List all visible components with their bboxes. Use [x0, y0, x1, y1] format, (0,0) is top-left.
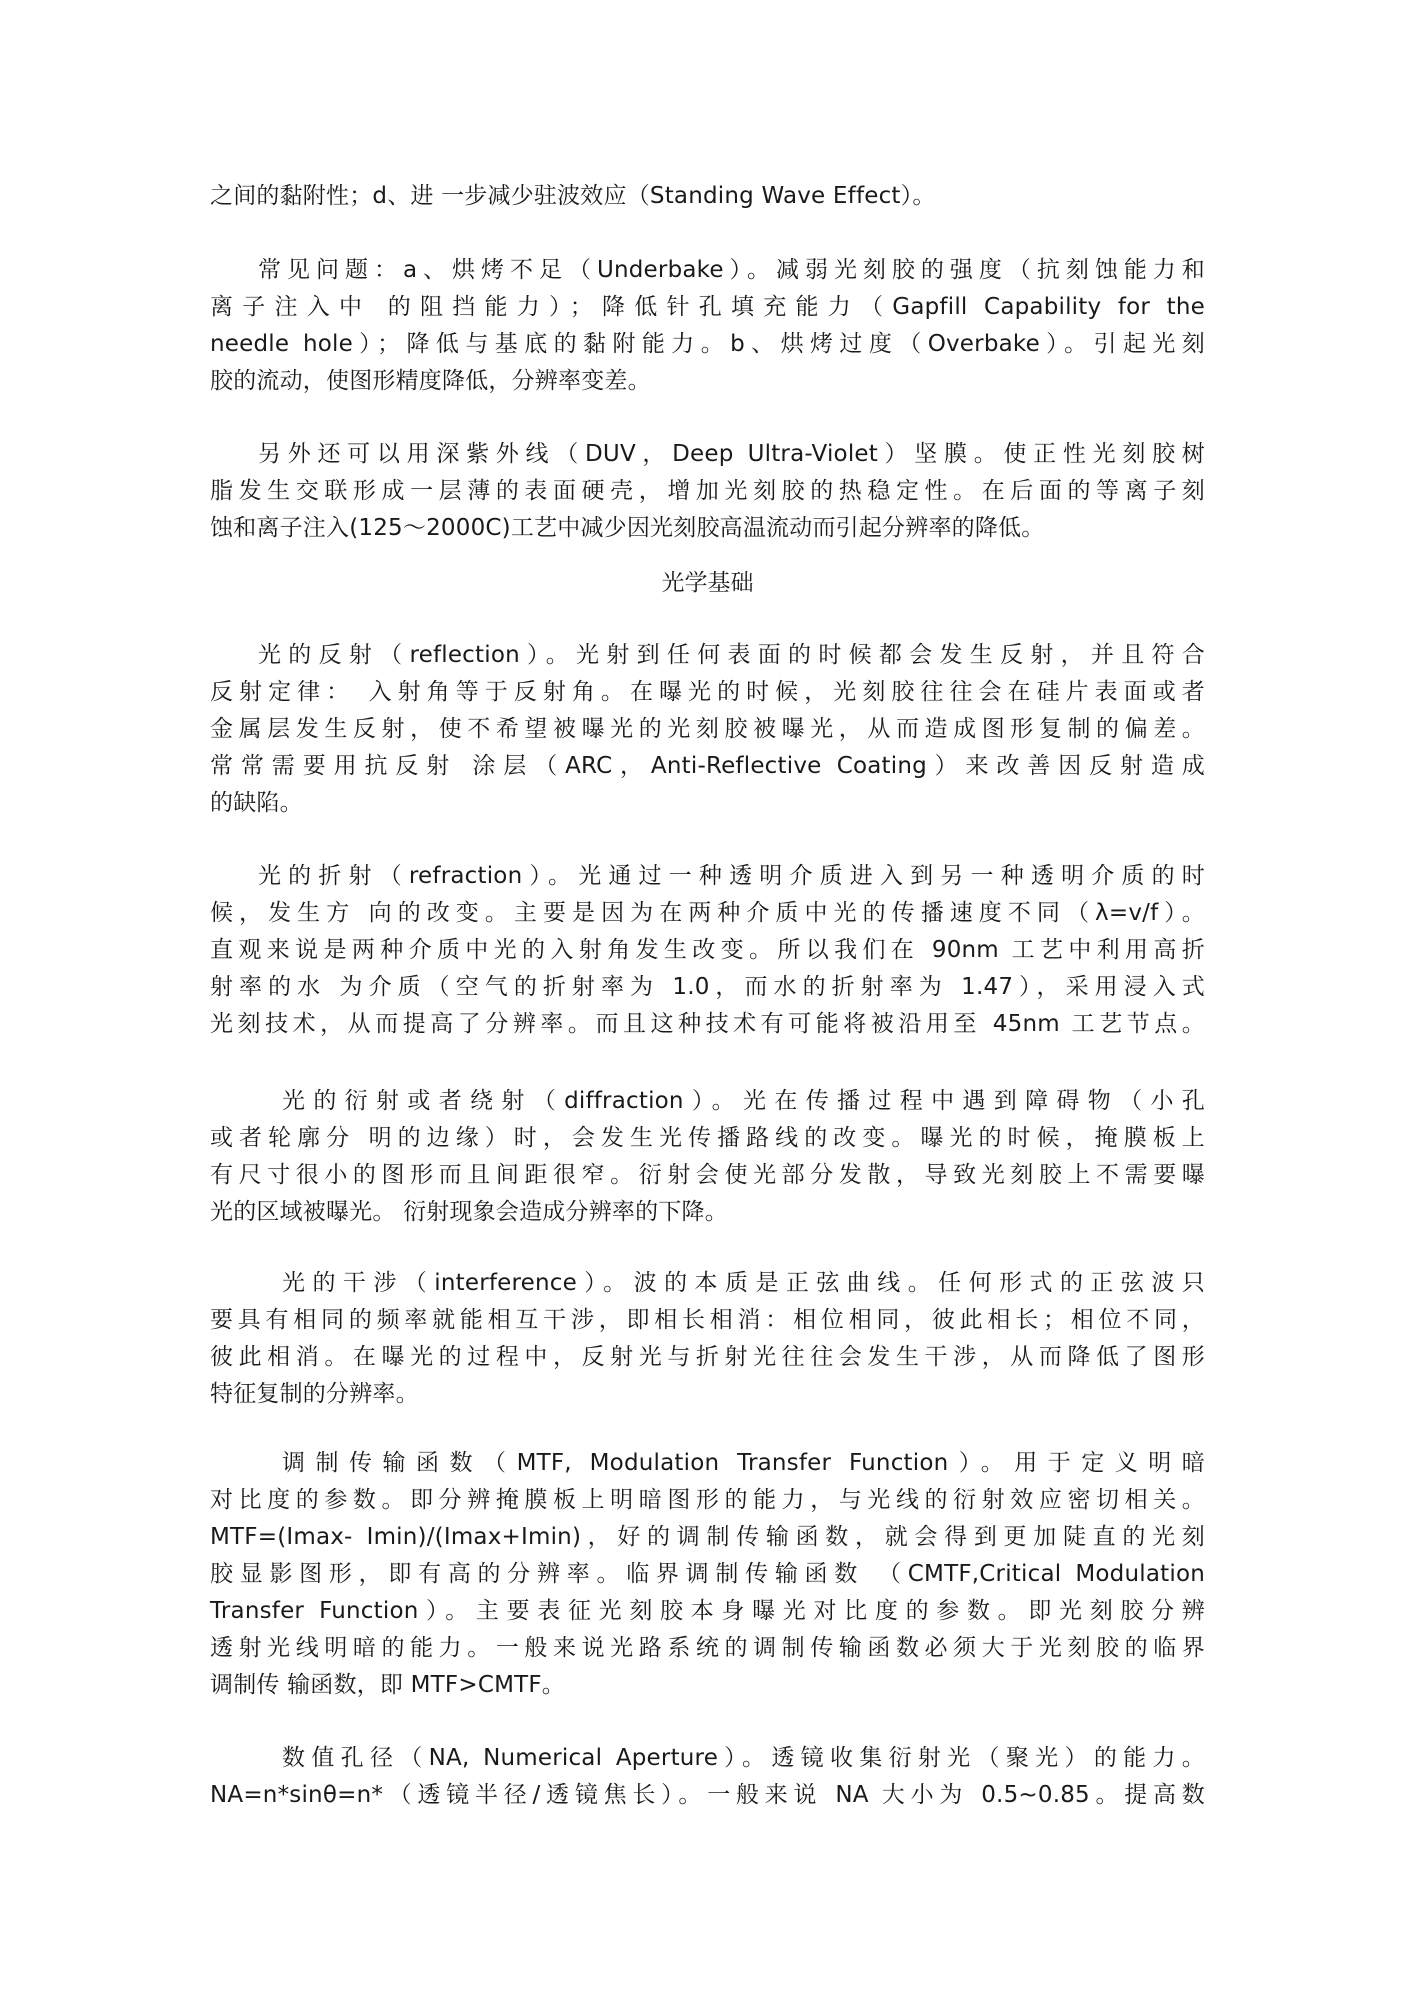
text-line: 射率的水 为介质（空气的折射率为 1.0，而水的折射率为 1.47），采用浸入式	[210, 969, 1205, 1006]
text-line: 金属层发生反射，使不希望被曝光的光刻胶被曝光，从而造成图形复制的偏差。	[210, 711, 1205, 748]
text-line: 另外还可以用深紫外线（DUV，Deep Ultra-Violet）坚膜。使正性光…	[210, 436, 1205, 473]
text-line: MTF=(Imax- Imin)/(Imax+Imin)，好的调制传输函数，就会…	[210, 1519, 1205, 1556]
text-line: 直观来说是两种介质中光的入射角发生改变。所以我们在 90nm 工艺中利用高折	[210, 932, 1205, 969]
text-line: 对比度的参数。即分辨掩膜板上明暗图形的能力，与光线的衍射效应密切相关。	[210, 1482, 1205, 1519]
text-line: 胶显影图形，即有高的分辨率。临界调制传输函数 （CMTF,Critical Mo…	[210, 1556, 1205, 1593]
text-line: 反射定律： 入射角等于反射角。在曝光的时候，光刻胶往往会在硅片表面或者	[210, 674, 1205, 711]
text-line: 蚀和离子注入(125～2000C)工艺中减少因光刻胶高温流动而引起分辨率的降低。	[210, 510, 1205, 547]
text-line: 或者轮廓分 明的边缘）时，会发生光传播路线的改变。曝光的时候，掩膜板上	[210, 1120, 1205, 1157]
text-line: 离子注入中 的阻挡能力）；降低针孔填充能力（Gapfill Capability…	[210, 289, 1205, 326]
text-line: 光的衍射或者绕射（diffraction）。光在传播过程中遇到障碍物（小孔	[210, 1083, 1205, 1120]
text-line: 光的区域被曝光。 衍射现象会造成分辨率的下降。	[210, 1194, 1205, 1231]
text-line: needle hole）；降低与基底的黏附能力。b、烘烤过度（Overbake）…	[210, 326, 1205, 363]
text-line: 有尺寸很小的图形而且间距很窄。衍射会使光部分发散，导致光刻胶上不需要曝	[210, 1157, 1205, 1194]
paragraph-adhesion-continued: 之间的黏附性；d、进 一步减少驻波效应（Standing Wave Effect…	[210, 178, 1205, 215]
paragraph-mtf: 调制传输函数（MTF, Modulation Transfer Function…	[210, 1445, 1205, 1704]
paragraph-duv-hardening: 另外还可以用深紫外线（DUV，Deep Ultra-Violet）坚膜。使正性光…	[210, 436, 1205, 547]
section-heading: 光学基础	[210, 565, 1205, 602]
paragraph-interference: 光的干涉（interference）。波的本质是正弦曲线。任何形式的正弦波只 要…	[210, 1265, 1205, 1413]
text-line: 胶的流动，使图形精度降低，分辨率变差。	[210, 363, 1205, 400]
paragraph-common-problems: 常见问题：a、烘烤不足（Underbake）。减弱光刻胶的强度（抗刻蚀能力和 离…	[210, 252, 1205, 400]
text-line: 候，发生方 向的改变。主要是因为在两种介质中光的传播速度不同（λ=v/f）。	[210, 895, 1205, 932]
text-line: 脂发生交联形成一层薄的表面硬壳，增加光刻胶的热稳定性。在后面的等离子刻	[210, 473, 1205, 510]
text-line: 要具有相同的频率就能相互干涉，即相长相消：相位相同，彼此相长；相位不同，	[210, 1302, 1205, 1339]
paragraph-refraction: 光的折射（refraction）。光通过一种透明介质进入到另一种透明介质的时 候…	[210, 858, 1205, 1043]
text-line: 光的折射（refraction）。光通过一种透明介质进入到另一种透明介质的时	[210, 858, 1205, 895]
text-line: 调制传 输函数，即 MTF>CMTF。	[210, 1667, 1205, 1704]
text-line: 彼此相消。在曝光的过程中，反射光与折射光往往会发生干涉，从而降低了图形	[210, 1339, 1205, 1376]
text-line: 光的反射（reflection）。光射到任何表面的时候都会发生反射，并且符合	[210, 637, 1205, 674]
paragraph-reflection: 光的反射（reflection）。光射到任何表面的时候都会发生反射，并且符合 反…	[210, 637, 1205, 822]
text-line: 的缺陷。	[210, 785, 1205, 822]
paragraph-diffraction: 光的衍射或者绕射（diffraction）。光在传播过程中遇到障碍物（小孔 或者…	[210, 1083, 1205, 1231]
paragraph-numerical-aperture: 数值孔径（NA, Numerical Aperture）。透镜收集衍射光（聚光）…	[210, 1740, 1205, 1814]
text-line: 调制传输函数（MTF, Modulation Transfer Function…	[210, 1445, 1205, 1482]
text-line: 特征复制的分辨率。	[210, 1376, 1205, 1413]
text-line: 光刻技术，从而提高了分辨率。而且这种技术有可能将被沿用至 45nm 工艺节点。	[210, 1006, 1205, 1043]
text-line: 透射光线明暗的能力。一般来说光路系统的调制传输函数必须大于光刻胶的临界	[210, 1630, 1205, 1667]
section-heading-optics-basics: 光学基础	[210, 565, 1205, 602]
text-line: NA=n*sinθ=n*（透镜半径/透镜焦长）。一般来说 NA 大小为 0.5~…	[210, 1777, 1205, 1814]
text-line: 光的干涉（interference）。波的本质是正弦曲线。任何形式的正弦波只	[210, 1265, 1205, 1302]
text-line: 数值孔径（NA, Numerical Aperture）。透镜收集衍射光（聚光）…	[210, 1740, 1205, 1777]
text-line: 之间的黏附性；d、进 一步减少驻波效应（Standing Wave Effect…	[210, 178, 1205, 215]
text-line: Transfer Function）。主要表征光刻胶本身曝光对比度的参数。即光刻…	[210, 1593, 1205, 1630]
text-line: 常见问题：a、烘烤不足（Underbake）。减弱光刻胶的强度（抗刻蚀能力和	[210, 252, 1205, 289]
text-line: 常常需要用抗反射 涂层（ARC，Anti-Reflective Coating）…	[210, 748, 1205, 785]
